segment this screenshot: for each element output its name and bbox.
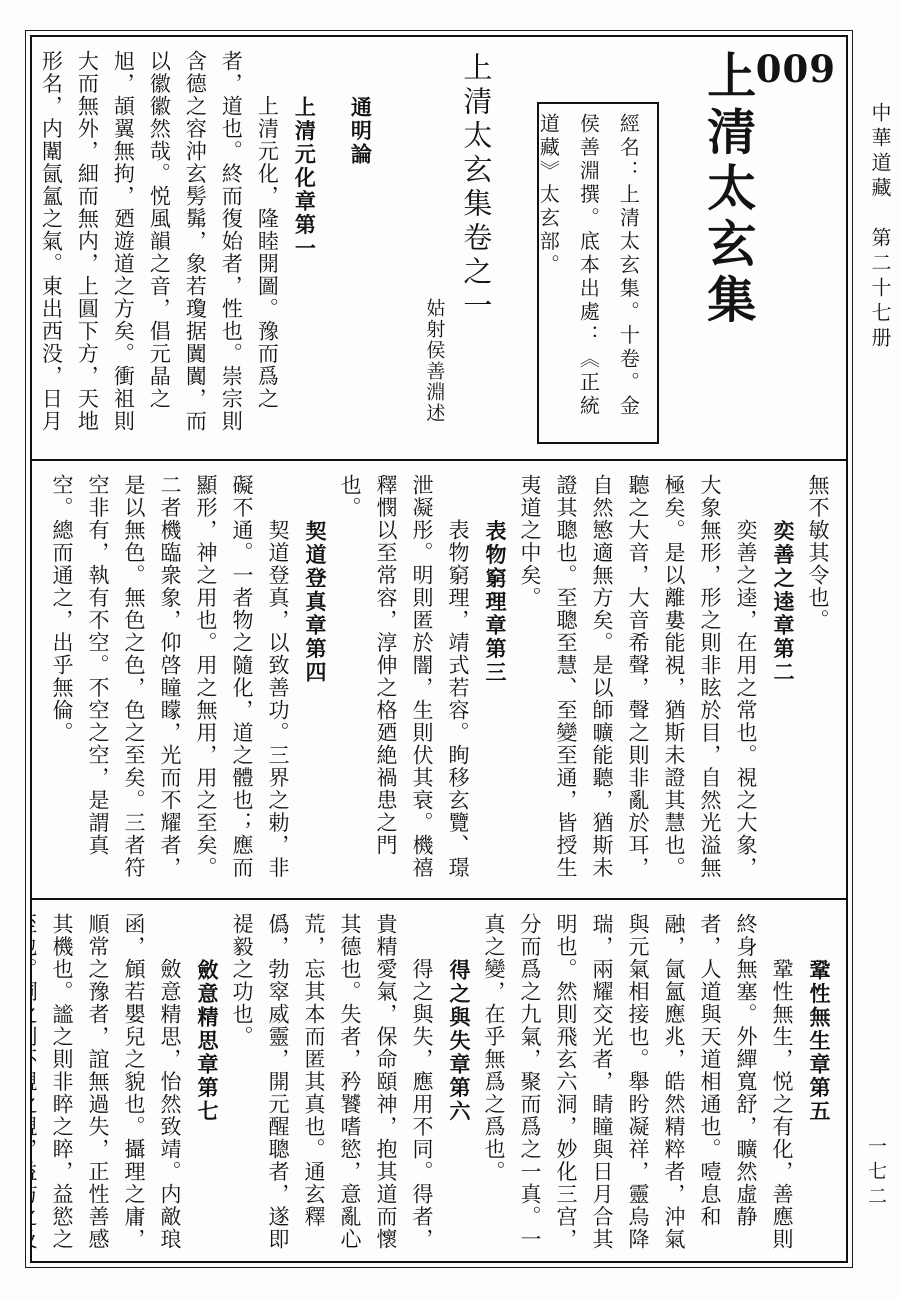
scanned-page: 中華道藏 第二十七册 一七二 009 上清太玄集 經名：上清太玄集。十卷。金侯善…: [0, 0, 900, 1300]
page-frame-inner: 009 上清太玄集 經名：上清太玄集。十卷。金侯善淵撰。底本出處：《正統道藏》太…: [30, 35, 848, 1263]
chapter-heading-6: 得之與失章第六: [440, 913, 476, 1253]
body-paragraph-continuation: 無不敏其令也。: [800, 474, 836, 890]
treatise-heading: 通明論: [341, 50, 377, 451]
chapter-heading-4: 契道登真章第四: [296, 474, 332, 890]
body-paragraph: 得之與失，應用不同。得者，貴精愛氣，保命頤神，抱其道而懷其德也。失者，矜饕嗜慾，…: [224, 913, 440, 1253]
body-paragraph: 上清元化，隆睦開圖。豫而爲之者，道也。終而復始者，性也。崇宗則含德之容沖玄髣髴，…: [32, 50, 285, 451]
serial-number: 009: [756, 50, 836, 89]
chapter-heading-1: 上清元化章第一: [285, 50, 321, 451]
register-bottom: 鞏性無生章第五 鞏性無生，悦之有化，善應則終身無塞。外繟寬舒，曠然虛静者，人道與…: [32, 898, 846, 1261]
margin-page-number: 一七二: [866, 1136, 885, 1211]
body-paragraph: 奕善之逵，在用之常也。視之大象，大象無形，形之則非眩於目，自然光溢無極矣。是以離…: [512, 474, 764, 890]
register-middle: 無不敏其令也。 奕善之逵章第二 奕善之逵，在用之常也。視之大象，大象無形，形之則…: [32, 459, 846, 898]
body-paragraph: 斂意精思，怡然致靖。内敵琅函，頠若嬰兒之貌也。攝理之庸，順常之豫者，誼無過失，正…: [32, 913, 188, 1253]
volume-title: 上清太玄集卷之一: [457, 50, 493, 451]
body-paragraph: 契道登真，以致善功。三界之勅，非礙不通。一者物之隨化，道之體也；應而顯形，神之用…: [44, 474, 296, 890]
chapter-heading-3: 表物窮理章第三: [476, 474, 512, 890]
main-title: 上清太玄集: [699, 50, 755, 330]
colophon-text: 經名：上清太玄集。十卷。金侯善淵撰。底本出處：《正統道藏》太玄部。: [536, 113, 638, 419]
colophon-box: 經名：上清太玄集。十卷。金侯善淵撰。底本出處：《正統道藏》太玄部。: [537, 102, 659, 444]
chapter-heading-7: 斂意精思章第七: [188, 913, 224, 1253]
chapter-heading-5: 鞏性無生章第五: [800, 913, 836, 1253]
body-paragraph: 表物窮理，靖式若容。眴移玄覽、璟泄凝彤。明則匿於闇，生則伏其衰。機禧釋憫以至常容…: [332, 474, 476, 890]
body-paragraph: 鞏性無生，悦之有化，善應則終身無塞。外繟寬舒，曠然虛静者，人道與天道相通也。噎息…: [476, 913, 800, 1253]
margin-volume-label: 中華道藏 第二十七册: [869, 102, 889, 352]
title-group: 009 上清太玄集: [699, 50, 836, 330]
attribution: 姑射侯善淵述: [415, 50, 451, 451]
chapter-heading-2: 奕善之逵章第二: [764, 474, 800, 890]
page-frame: 009 上清太玄集 經名：上清太玄集。十卷。金侯善淵撰。底本出處：《正統道藏》太…: [25, 30, 853, 1268]
register-top: 009 上清太玄集 經名：上清太玄集。十卷。金侯善淵撰。底本出處：《正統道藏》太…: [32, 37, 846, 459]
